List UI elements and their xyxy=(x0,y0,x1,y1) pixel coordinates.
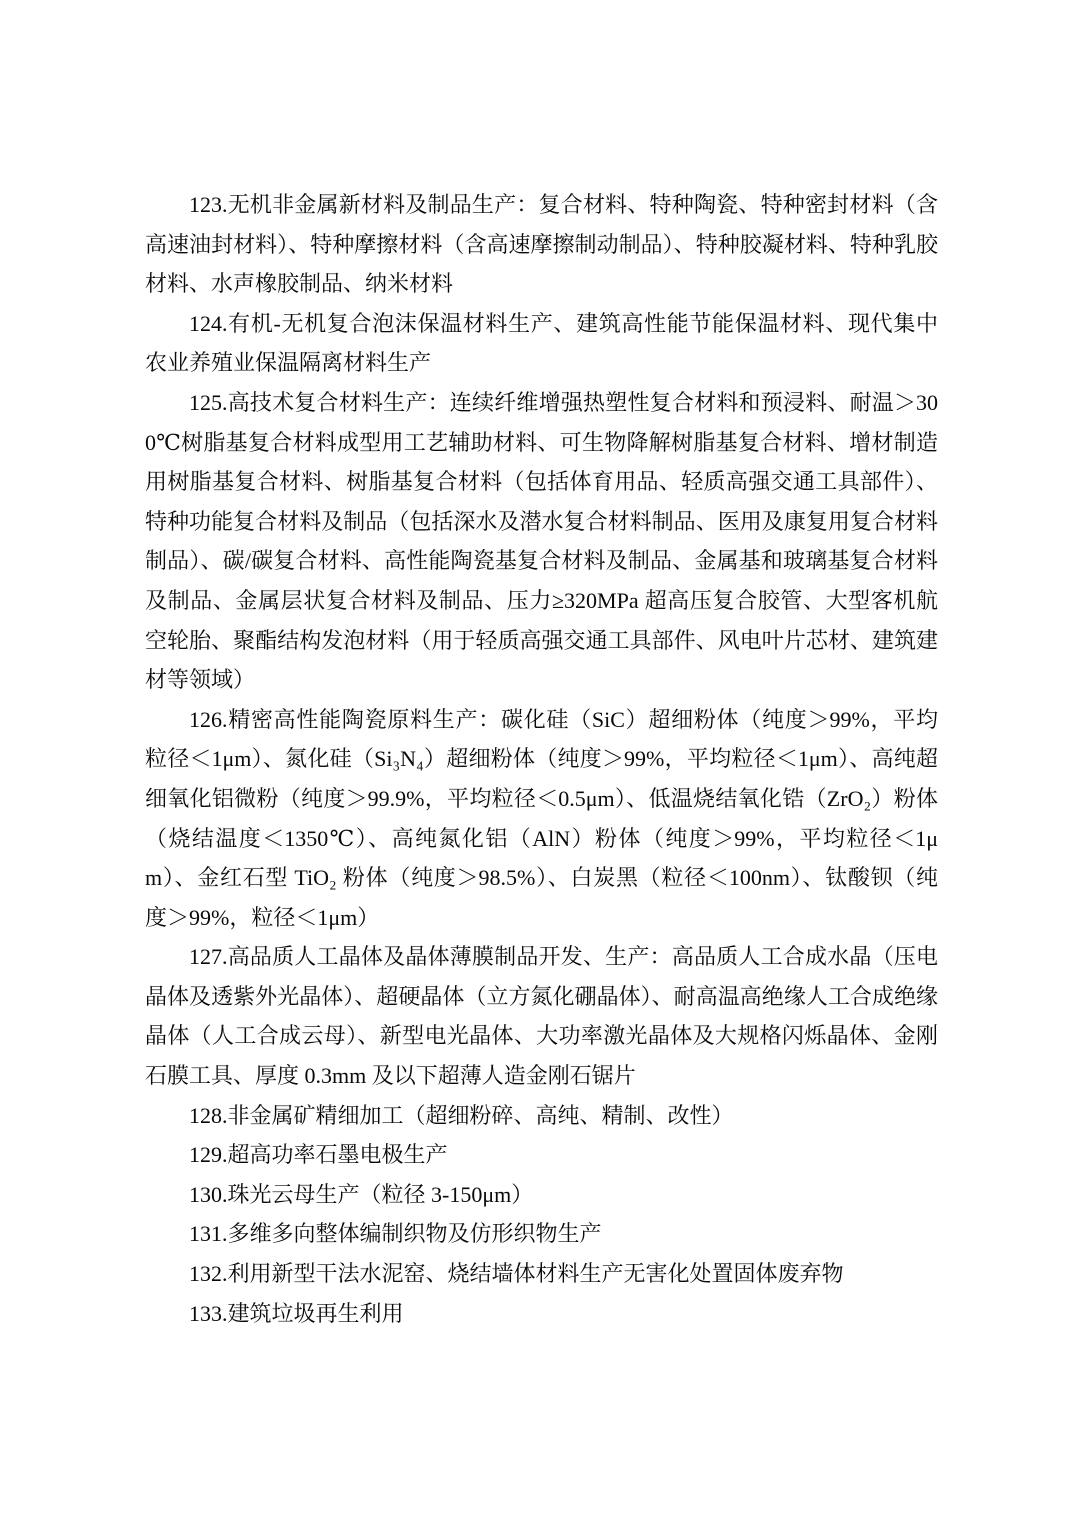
catalog-item-128: 128.非金属矿精细加工（超细粉碎、高纯、精制、改性） xyxy=(145,1096,938,1136)
catalog-text-block: 123.无机非金属新材料及制品生产：复合材料、特种陶瓷、特种密封材料（含高速油封… xyxy=(145,185,938,1333)
catalog-item-125: 125.高技术复合材料生产：连续纤维增强热塑性复合材料和预浸料、耐温＞300℃树… xyxy=(145,383,938,700)
catalog-item-130: 130.珠光云母生产（粒径 3-150μm） xyxy=(145,1175,938,1215)
page: 123.无机非金属新材料及制品生产：复合材料、特种陶瓷、特种密封材料（含高速油封… xyxy=(0,0,1074,1520)
document-page: { "page": { "background": "#ffffff", "te… xyxy=(0,0,1074,1520)
catalog-item-123: 123.无机非金属新材料及制品生产：复合材料、特种陶瓷、特种密封材料（含高速油封… xyxy=(145,185,938,304)
catalog-item-124: 124.有机-无机复合泡沫保温材料生产、建筑高性能节能保温材料、现代集中农业养殖… xyxy=(145,304,938,383)
catalog-item-131: 131.多维多向整体编制织物及仿形织物生产 xyxy=(145,1214,938,1254)
catalog-item-127: 127.高品质人工晶体及晶体薄膜制品开发、生产：高品质人工合成水晶（压电晶体及透… xyxy=(145,937,938,1095)
catalog-item-126: 126.精密高性能陶瓷原料生产：碳化硅（SiC）超细粉体（纯度＞99%，平均粒径… xyxy=(145,700,938,938)
catalog-item-132: 132.利用新型干法水泥窑、烧结墙体材料生产无害化处置固体废弃物 xyxy=(145,1254,938,1294)
catalog-item-129: 129.超高功率石墨电极生产 xyxy=(145,1135,938,1175)
catalog-item-133: 133.建筑垃圾再生利用 xyxy=(145,1294,938,1334)
